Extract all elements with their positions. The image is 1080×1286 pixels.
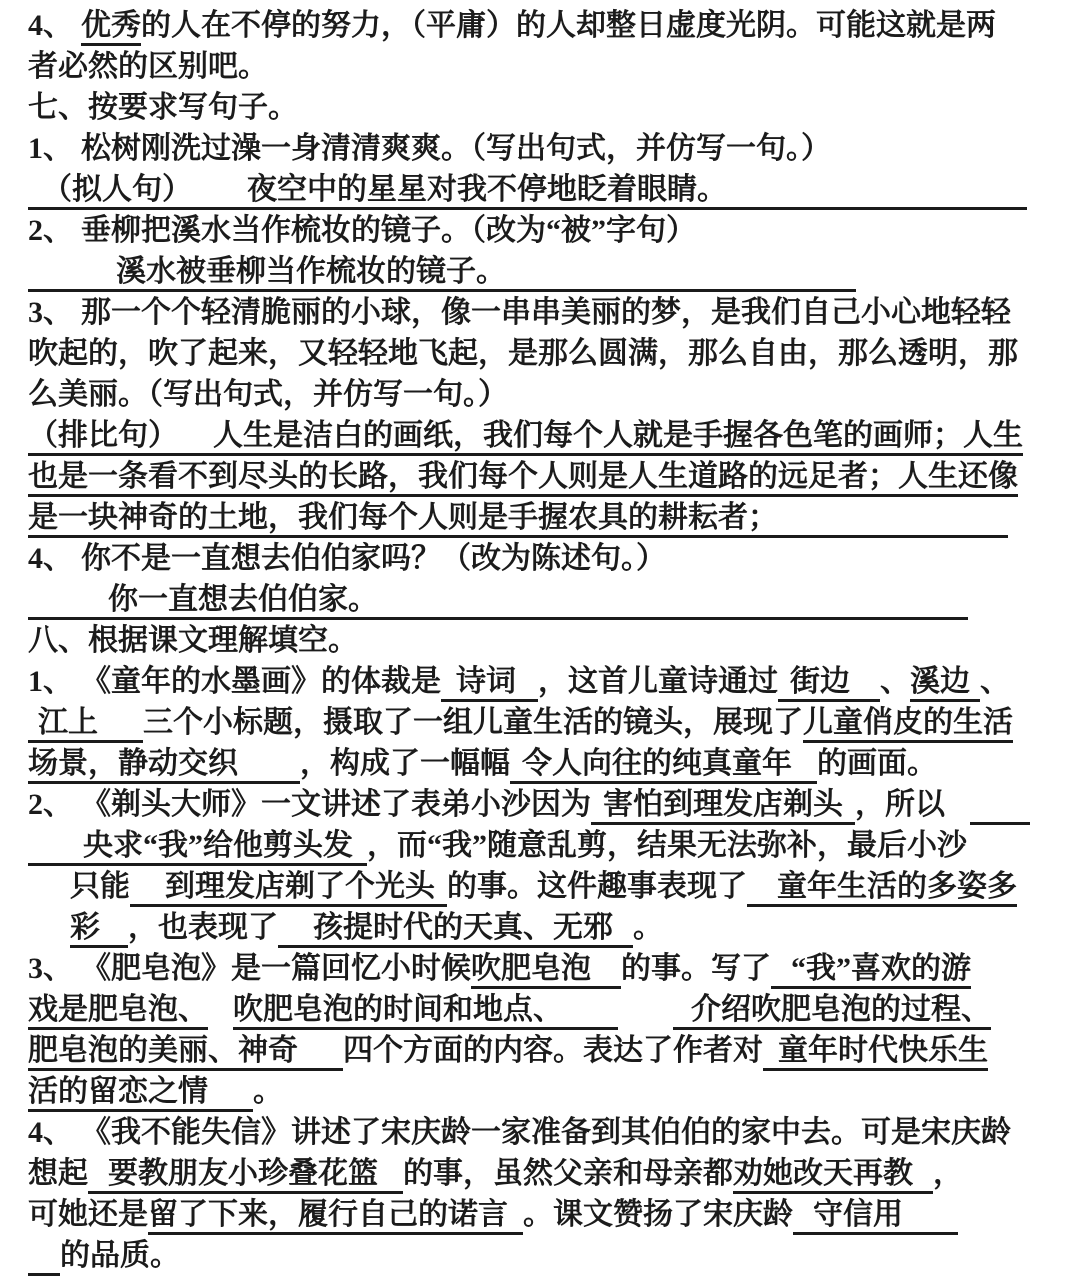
spacer — [28, 869, 70, 907]
text-line: 1、松树刚洗过澡一身清清爽爽。（写出句式，并仿写一句。） — [28, 131, 1056, 172]
text-segment: 。 — [633, 910, 663, 948]
answer-blank — [278, 910, 313, 948]
answer-blank — [673, 992, 691, 1030]
text-line: 八、根据课文理解填空。 — [28, 623, 1056, 664]
spacer — [618, 992, 673, 1030]
spacer — [208, 992, 233, 1030]
answer-text: 劝她改天再教 — [733, 1156, 913, 1194]
answer-blank — [28, 582, 108, 620]
answer-blank — [613, 910, 633, 948]
answer-blank — [28, 172, 42, 210]
answer-text: 江上 — [38, 705, 98, 743]
text-line: 的品质。 — [28, 1238, 1056, 1279]
text-segment: 《童年的水墨画》的体裁是 — [81, 664, 441, 702]
text-segment: ， — [933, 1156, 963, 1194]
spacer — [28, 910, 70, 948]
text-segment: 三个小标题，摄取了一组儿童生活的镜头，展现了 — [143, 705, 803, 743]
answer-text: 要教朋友小珍叠花篮 — [108, 1156, 378, 1194]
answer-text: （排比句） — [28, 418, 178, 456]
text-line: 吹起的，吹了起来，又轻轻地飞起，是那么圆满，那么自由，那么透明，那 — [28, 336, 1056, 377]
text-segment: 的画面。 — [817, 746, 937, 784]
answer-blank — [778, 664, 790, 702]
item-number: 2、 — [28, 787, 81, 825]
text-segment: 七、按要求写句子。 — [28, 90, 298, 128]
answer-text: 留了下来，履行自己的诺言 — [148, 1197, 508, 1235]
answer-blank — [88, 1156, 108, 1194]
answer-text: “我”喜欢的游 — [791, 951, 971, 989]
text-line: 者必然的区别吧。 — [28, 49, 1056, 90]
answer-text: 介绍吹肥皂泡的过程、 — [691, 992, 991, 1030]
text-segment: 。 — [253, 1074, 283, 1112]
text-line: 可她还是留了下来，履行自己的诺言。课文赞扬了宋庆龄守信用 — [28, 1197, 1056, 1238]
text-line: 江上三个小标题，摄取了一组儿童生活的镜头，展现了儿童俏皮的生活 — [28, 705, 1056, 746]
answer-blank — [208, 1074, 253, 1112]
text-segment: 、 — [980, 664, 1010, 702]
text-line: 场景，静动交织，构成了一幅幅令人向往的纯真童年的画面。 — [28, 746, 1056, 787]
text-line: 溪水被垂柳当作梳妆的镜子。 — [28, 254, 1056, 295]
text-segment: ，也表现了 — [128, 910, 278, 948]
answer-blank — [178, 418, 213, 456]
text-line: 1、《童年的水墨画》的体裁是诗词，这首儿童诗通过街边、溪边、 — [28, 664, 1056, 705]
text-line: 3、那一个个轻清脆丽的小球，像一串串美丽的梦，是我们自己小心地轻轻 — [28, 295, 1056, 336]
answer-blank — [28, 705, 38, 743]
item-number: 2、 — [28, 213, 81, 251]
spacer — [945, 787, 970, 825]
answer-blank — [441, 664, 456, 702]
text-line: 也是一条看不到尽头的长路，我们每个人则是人生道路的远足者；人生还像 — [28, 459, 1056, 500]
text-line: 肥皂泡的美丽、神奇四个方面的内容。表达了作者对童年时代快乐生 — [28, 1033, 1056, 1074]
answer-text: 令人向往的纯真童年 — [522, 746, 792, 784]
answer-blank — [238, 746, 300, 784]
answer-blank — [850, 664, 880, 702]
text-line: （拟人句）夜空中的星星对我不停地眨着眼睛。 — [28, 172, 1056, 213]
text-segment: 。课文赞扬了宋庆龄 — [523, 1197, 793, 1235]
text-line: 3、《肥皂泡》是一篇回忆小时候吹肥皂泡的事。写了“我”喜欢的游 — [28, 951, 1056, 992]
text-segment: 《肥皂泡》是一篇回忆小时候 — [81, 951, 471, 989]
text-line: 戏是肥皂泡、吹肥皂泡的时间和地点、介绍吹肥皂泡的过程、 — [28, 992, 1056, 1033]
item-number: 1、 — [28, 131, 81, 169]
text-line: 是一块神奇的土地，我们每个人则是手握农具的耕耘者； — [28, 500, 1056, 541]
answer-text: 吹肥皂泡 — [471, 951, 591, 989]
answer-blank — [747, 869, 777, 907]
text-segment: 的事。写了 — [621, 951, 771, 989]
answer-blank — [508, 1197, 523, 1235]
text-line: 2、《剃头大师》一文讲述了表弟小沙因为害怕到理发店剃头，所以 — [28, 787, 1056, 828]
answer-text: 夜空中的星星对我不停地眨着眼睛。 — [247, 172, 727, 210]
text-line: 活的留恋之情。 — [28, 1074, 1056, 1115]
answer-blank — [778, 500, 1008, 538]
text-line: （排比句）人生是洁白的画纸，我们每个人就是手握各色笔的画师；人生 — [28, 418, 1056, 459]
answer-blank — [192, 172, 247, 210]
answer-text: 溪水被垂柳当作梳妆的镜子。 — [116, 254, 506, 292]
answer-blank — [28, 828, 83, 866]
answer-blank — [970, 787, 1030, 825]
answer-text: 戏是肥皂泡、 — [28, 992, 208, 1030]
answer-blank — [28, 1238, 60, 1276]
answer-text: 孩提时代的天真、无邪 — [313, 910, 613, 948]
answer-text: 肥皂泡的美丽、神奇 — [28, 1033, 298, 1071]
answer-text: 街边 — [790, 664, 850, 702]
answer-blank — [563, 992, 618, 1030]
text-segment: 可她还是 — [28, 1197, 148, 1235]
answer-blank — [506, 254, 856, 292]
answer-text: 人生是洁白的画纸，我们每个人就是手握各色笔的画师；人生 — [213, 418, 1023, 456]
answer-blank — [793, 1197, 813, 1235]
text-segment: 、 — [880, 664, 910, 702]
text-line: 4、《我不能失信》讲述了宋庆龄一家准备到其伯伯的家中去。可是宋庆龄 — [28, 1115, 1056, 1156]
answer-blank — [970, 664, 980, 702]
document-lines: 4、优秀的人在不停的努力，（平庸）的人却整日虚度光阴。可能这就是两者必然的区别吧… — [28, 8, 1056, 1279]
answer-blank — [98, 705, 143, 743]
text-segment: 四个方面的内容。表达了作者对 — [343, 1033, 763, 1071]
answer-blank — [591, 951, 621, 989]
text-segment: 么美丽。（写出句式，并仿写一句。） — [28, 377, 508, 415]
answer-blank — [100, 910, 128, 948]
text-line: 4、优秀的人在不停的努力，（平庸）的人却整日虚度光阴。可能这就是两 — [28, 8, 1056, 49]
answer-blank — [28, 254, 116, 292]
answer-blank — [378, 582, 968, 620]
text-line: 只能到理发店剃了个光头的事。这件趣事表现了童年生活的多姿多 — [28, 869, 1056, 910]
answer-text: 溪边 — [910, 664, 970, 702]
answer-text: 童年时代快乐生 — [778, 1033, 988, 1071]
answer-blank — [353, 828, 367, 866]
text-segment: 八、根据课文理解填空。 — [28, 623, 358, 661]
answer-text: 诗词 — [456, 664, 516, 702]
item-number: 3、 — [28, 295, 81, 333]
answer-blank — [516, 664, 538, 702]
text-segment: 那一个个轻清脆丽的小球，像一串串美丽的梦，是我们自己小心地轻轻 — [81, 295, 1011, 333]
text-line: 七、按要求写句子。 — [28, 90, 1056, 131]
text-segment: 垂柳把溪水当作梳妆的镜子。（改为“被”字句） — [81, 213, 696, 251]
item-number: 1、 — [28, 664, 81, 702]
answer-blank — [591, 787, 603, 825]
answer-blank — [763, 1033, 778, 1071]
answer-text: 是一块神奇的土地，我们每个人则是手握农具的耕耘者； — [28, 500, 778, 538]
answer-blank — [913, 1156, 933, 1194]
answer-blank — [510, 746, 522, 784]
text-line: 央求“我”给他剪头发，而“我”随意乱剪，结果无法弥补，最后小沙 — [28, 828, 1056, 869]
text-line: 么美丽。（写出句式，并仿写一句。） — [28, 377, 1056, 418]
text-line: 2、垂柳把溪水当作梳妆的镜子。（改为“被”字句） — [28, 213, 1056, 254]
answer-blank — [727, 172, 1027, 210]
text-segment: 只能 — [70, 869, 130, 907]
text-segment: ，而“我”随意乱剪，结果无法弥补，最后小沙 — [367, 828, 967, 866]
answer-text: 也是一条看不到尽头的长路，我们每个人则是人生道路的远足者；人生还像 — [28, 459, 1018, 497]
text-segment: 想起 — [28, 1156, 88, 1194]
item-number: 4、 — [28, 541, 81, 579]
text-line: 想起要教朋友小珍叠花篮的事，虽然父亲和母亲都劝她改天再教， — [28, 1156, 1056, 1197]
text-segment: 的事，虽然父亲和母亲都 — [403, 1156, 733, 1194]
answer-text: 害怕到理发店剃头 — [603, 787, 843, 825]
answer-text: 优秀 — [81, 8, 141, 46]
answer-text: 儿童俏皮的生活 — [803, 705, 1013, 743]
text-segment: 《剃头大师》一文讲述了表弟小沙因为 — [81, 787, 591, 825]
answer-blank — [903, 1197, 958, 1235]
answer-text: 童年生活的多姿多 — [777, 869, 1017, 907]
text-segment: ，这首儿童诗通过 — [538, 664, 778, 702]
answer-text: 到理发店剃了个光头 — [165, 869, 435, 907]
text-segment: 《我不能失信》讲述了宋庆龄一家准备到其伯伯的家中去。可是宋庆龄 — [81, 1115, 1011, 1153]
text-segment: 的品质。 — [60, 1238, 180, 1276]
answer-blank — [130, 869, 165, 907]
text-line: 彩，也表现了孩提时代的天真、无邪。 — [28, 910, 1056, 951]
answer-text: 守信用 — [813, 1197, 903, 1235]
answer-blank — [298, 1033, 343, 1071]
answer-blank — [792, 746, 817, 784]
text-segment: 松树刚洗过澡一身清清爽爽。（写出句式，并仿写一句。） — [81, 131, 831, 169]
worksheet-page: 4、优秀的人在不停的努力，（平庸）的人却整日虚度光阴。可能这就是两者必然的区别吧… — [0, 0, 1080, 1286]
answer-text: 活的留恋之情 — [28, 1074, 208, 1112]
item-number: 4、 — [28, 1115, 81, 1153]
answer-text: 央求“我”给他剪头发 — [83, 828, 353, 866]
answer-text: 场景，静动交织 — [28, 746, 238, 784]
text-segment: 的事。这件趣事表现了 — [447, 869, 747, 907]
answer-text: 彩 — [70, 910, 100, 948]
answer-text: （拟人句） — [42, 172, 192, 210]
answer-text: 吹肥皂泡的时间和地点、 — [233, 992, 563, 1030]
answer-blank — [843, 787, 855, 825]
text-segment: ，所以 — [855, 787, 945, 825]
text-segment: 吹起的，吹了起来，又轻轻地飞起，是那么圆满，那么自由，那么透明，那 — [28, 336, 1018, 374]
text-segment: ，构成了一幅幅 — [300, 746, 510, 784]
text-segment: 者必然的区别吧。 — [28, 49, 268, 87]
text-line: 你一直想去伯伯家。 — [28, 582, 1056, 623]
text-line: 4、你不是一直想去伯伯家吗？（改为陈述句。） — [28, 541, 1056, 582]
answer-text: 你一直想去伯伯家。 — [108, 582, 378, 620]
text-segment: 的人在不停的努力，（平庸）的人却整日虚度光阴。可能这就是两 — [141, 8, 996, 46]
answer-blank — [378, 1156, 403, 1194]
answer-blank — [435, 869, 447, 907]
item-number: 3、 — [28, 951, 81, 989]
text-segment: 你不是一直想去伯伯家吗？（改为陈述句。） — [81, 541, 666, 579]
item-number: 4、 — [28, 8, 81, 46]
answer-blank — [771, 951, 791, 989]
